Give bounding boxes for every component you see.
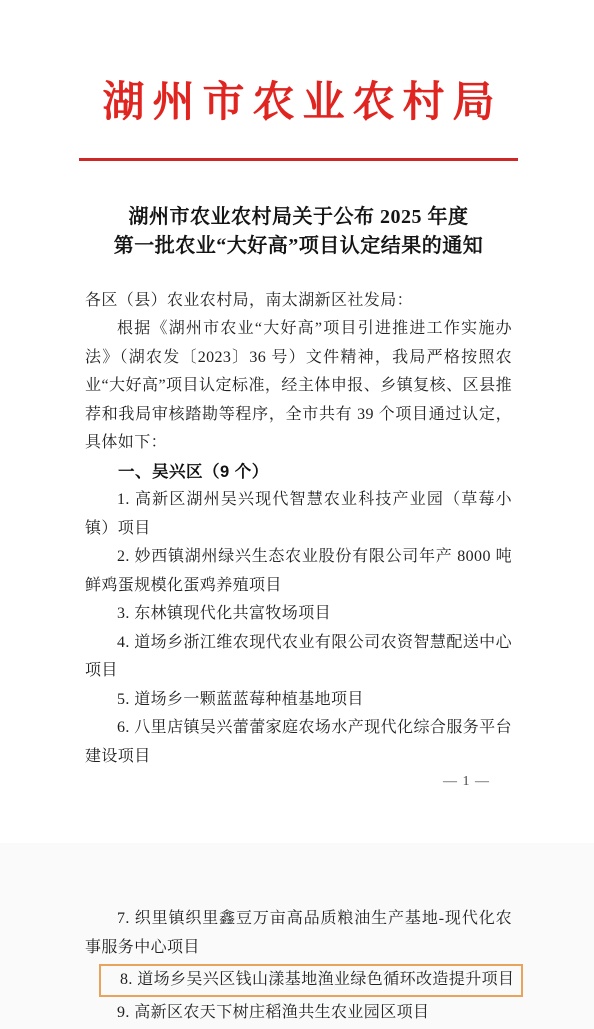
document-body: 各区（县）农业农村局，南太湖新区社发局： 根据《湖州市农业“大好高”项目引进推进…	[85, 287, 512, 772]
letterhead-divider	[79, 158, 518, 161]
section-heading-wuxing-district: 一、吴兴区（9 个）	[85, 458, 512, 487]
list-item-9: 9. 高新区农天下树庄稻渔共生农业园区项目	[85, 999, 512, 1028]
scanned-document: 湖州市农业农村局 湖州市农业农村局关于公布 2025 年度 第一批农业“大好高”…	[0, 0, 594, 1029]
document-title-line-2: 第一批农业“大好高”项目认定结果的通知	[114, 235, 484, 257]
list-item-5: 5. 道场乡一颗蓝蓝莓种植基地项目	[85, 686, 512, 715]
list-item-1: 1. 高新区湖州吴兴现代智慧农业科技产业园（草莓小镇）项目	[85, 486, 512, 543]
document-title: 湖州市农业农村局关于公布 2025 年度 第一批农业“大好高”项目认定结果的通知	[85, 203, 512, 261]
list-item-3: 3. 东林镇现代化共富牧场项目	[85, 600, 512, 629]
document-title-line-1: 湖州市农业农村局关于公布 2025 年度	[129, 206, 469, 228]
recipient-line: 各区（县）农业农村局，南太湖新区社发局：	[85, 287, 512, 316]
list-item-4: 4. 道场乡浙江维农现代农业有限公司农资智慧配送中心项目	[85, 629, 512, 686]
list-item-2: 2. 妙西镇湖州绿兴生态农业股份有限公司年产 8000 吨鲜鸡蛋规模化蛋鸡养殖项…	[85, 543, 512, 600]
list-item-8-highlighted[interactable]: 8. 道场乡吴兴区钱山漾基地渔业绿色循环改造提升项目	[99, 964, 523, 997]
letterhead-title: 湖州市农业农村局	[85, 76, 512, 131]
intro-paragraph: 根据《湖州市农业“大好高”项目引进推进工作实施办法》（湖农发〔2023〕36 号…	[85, 315, 512, 458]
page-2: 7. 织里镇织里鑫豆万亩高品质粮油生产基地-现代化农事服务中心项目 8. 道场乡…	[0, 843, 594, 1029]
page-1: 湖州市农业农村局 湖州市农业农村局关于公布 2025 年度 第一批农业“大好高”…	[0, 0, 594, 843]
list-item-7: 7. 织里镇织里鑫豆万亩高品质粮油生产基地-现代化农事服务中心项目	[85, 905, 512, 962]
page-number: — 1 —	[85, 774, 512, 790]
list-item-6: 6. 八里店镇吴兴蕾蕾家庭农场水产现代化综合服务平台建设项目	[85, 714, 512, 771]
